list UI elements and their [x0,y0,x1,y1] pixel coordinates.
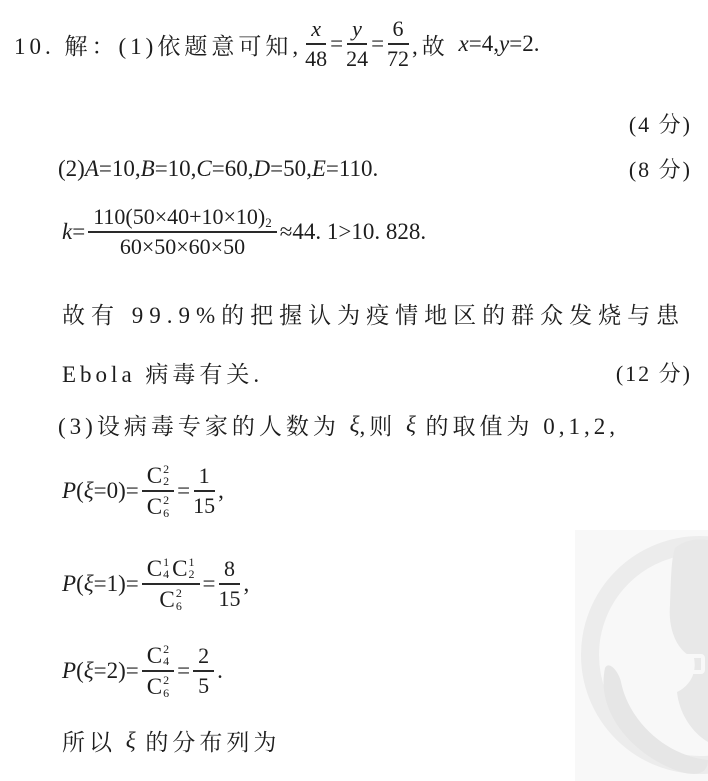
solution-line-3: (3)设病毒专家的人数为 ξ,则 ξ 的取值为 0,1,2, [58,408,619,441]
math-text: ,则 [359,408,406,441]
publisher-logo-watermark [575,530,708,781]
fraction-denominator: C26 [147,492,169,519]
fraction-denominator: 72 [387,45,409,71]
math-text: ξ [406,412,416,438]
fraction: 25 [193,644,214,698]
fraction-numerator: 1 [194,464,215,492]
math-text: = [330,31,343,57]
math-text: 2 [198,644,209,668]
combination-symbol: C14 [147,556,169,581]
fraction-numerator: 8 [219,557,240,585]
math-text: ( [76,571,84,597]
math-text: (3)设病毒专家的人数为 [58,408,350,441]
math-text: 24 [346,47,368,71]
math-text: =60, [212,156,254,182]
fraction: 672 [387,17,409,71]
math-text: 的分布列为 [136,724,281,757]
math-text: =50, [270,156,312,182]
math-text: =4, [469,31,499,57]
fraction-numerator: C14C12 [142,556,200,585]
math-text: 5 [198,674,209,698]
watermark [575,530,708,781]
fraction-numerator: C24 [142,643,174,672]
fraction-numerator: C22 [142,463,174,492]
math-text: = [203,571,216,597]
fraction-denominator: 5 [198,672,209,698]
combination-symbol: C26 [159,587,181,612]
math-text: ξ [84,571,94,597]
math-text: E [312,156,326,182]
conclusion-line-1: 故有 99.9%的把握认为疫情地区的群众发烧与患 [62,297,685,330]
combination-symbol: C26 [147,674,169,699]
combination-symbol: C12 [172,556,194,581]
line-2-formula: (2)A=10,B=10,C=60,D=50,E=110. [58,156,378,182]
fraction-denominator: 15 [193,492,215,518]
math-text: A [85,156,99,182]
fraction-numerator: y [347,17,367,45]
math-text: y [499,31,509,57]
math-text: P [62,658,76,684]
fraction-numerator: 6 [388,17,409,45]
fraction-denominator: 15 [219,585,241,611]
combination-symbol: C26 [147,494,169,519]
math-text: x [459,31,469,57]
math-text: , [218,478,224,504]
score-marker-8: (8 分) [629,153,692,184]
math-text: ≈44. 1>10. 828. [280,219,426,245]
math-text: , [244,571,250,597]
math-text: P [62,478,76,504]
conclusion-line-2: Ebola 病毒有关. (12 分) [62,356,692,389]
fraction: 110(50×40+10×10)260×50×60×50 [88,205,277,259]
math-text: (2) [58,156,85,182]
fraction-denominator: 48 [305,45,327,71]
math-text: =10, [155,156,197,182]
math-text: x [311,17,321,41]
textbook-solution-page: { "colors": { "page_background": "#fffff… [0,0,708,781]
math-text: 72 [387,47,409,71]
math-text: =110. [326,156,378,182]
math-text: = [371,31,384,57]
score-text: (4 分) [629,108,692,139]
probability-xi-1: P(ξ=1)=C14C12C26=815, [62,548,249,620]
solution-line-1: 10. 解：(1)依题意可知,x48=y24=672,故 x=4,y=2. [14,18,539,70]
fraction-numerator: 2 [193,644,214,672]
math-text: P [62,571,76,597]
math-text: ( [76,658,84,684]
fraction-numerator: x [306,17,326,45]
math-text: 15 [219,587,241,611]
math-text: =1)= [94,571,139,597]
math-text: 1 [199,464,210,488]
score-marker-12: (12 分) [616,357,692,388]
math-text: =0)= [94,478,139,504]
fraction-denominator: 60×50×60×50 [120,233,245,259]
fraction: 815 [219,557,241,611]
score-marker-4: (4 分) [629,108,692,139]
math-text: =2. [509,31,539,57]
fraction: y24 [346,17,368,71]
math-text: = [177,658,190,684]
math-text: = [177,478,190,504]
fraction: C24C26 [142,643,174,699]
conclusion-text-1: 故有 99.9%的把握认为疫情地区的群众发烧与患 [62,297,685,330]
math-text: ,故 [412,28,459,61]
k-statistic-formula: k=110(50×40+10×10)260×50×60×50≈44. 1>10.… [62,200,426,264]
fraction-numerator: 110(50×40+10×10)2 [88,205,277,233]
math-text: 60×50×60×50 [120,235,245,259]
math-text: ξ [126,728,136,754]
math-text: . [217,658,223,684]
combination-symbol: C24 [147,643,169,668]
math-text: ξ [84,478,94,504]
fraction-denominator: C26 [159,585,181,612]
math-text: D [254,156,271,182]
math-text: y [352,17,362,41]
fraction: C14C12C26 [142,556,200,612]
math-text: C [196,156,211,182]
math-text: = [72,219,85,245]
math-text: 48 [305,47,327,71]
math-text: 6 [393,17,404,41]
math-text: B [141,156,155,182]
math-text: 10. 解：(1)依题意可知, [14,28,302,61]
superscript: 2 [265,216,272,229]
math-text: ξ [84,658,94,684]
math-text: 的取值为 0,1,2, [416,408,619,441]
probability-xi-2: P(ξ=2)=C24C26=25. [62,636,223,706]
watermark-blob [670,539,708,742]
fraction: C22C26 [142,463,174,519]
distribution-table-intro: 所以 ξ 的分布列为 [62,724,280,757]
fraction: x48 [305,17,327,71]
fraction: 115 [193,464,215,518]
fraction-denominator: C26 [147,672,169,699]
probability-xi-0: P(ξ=0)=C22C26=115, [62,456,224,526]
math-text: 8 [224,557,235,581]
math-text: ξ [350,412,360,438]
math-text: =2)= [94,658,139,684]
solution-line-2: (2)A=10,B=10,C=60,D=50,E=110. (8 分) [58,153,692,184]
math-text: k [62,219,72,245]
fraction-denominator: 24 [346,45,368,71]
math-text: 所以 [62,724,126,757]
math-text: =10, [99,156,141,182]
math-text: 15 [193,494,215,518]
combination-symbol: C22 [147,463,169,488]
math-text: ( [76,478,84,504]
math-text: 110(50×40+10×10) [93,205,265,229]
conclusion-text-2: Ebola 病毒有关. [62,356,263,389]
